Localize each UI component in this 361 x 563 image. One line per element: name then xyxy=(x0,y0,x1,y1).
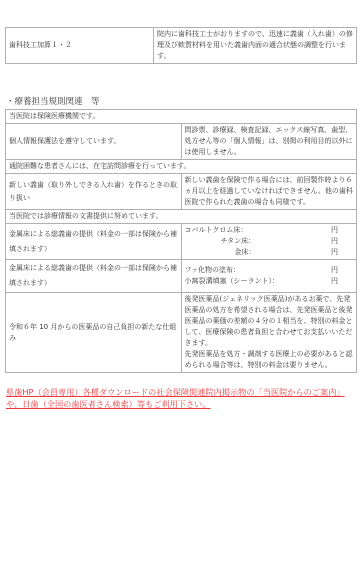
table-row: 新しい義歯（取り外しできる入れ歯）を作るときの取り扱い 新しい義歯を保険で作る場… xyxy=(6,174,357,210)
denture-description-cell: 新しい義歯を保険で作る場合には、前回製作時より６ヵ月以上を経過していなければでき… xyxy=(181,174,357,210)
fee-unit: 円 xyxy=(331,276,353,287)
metal-denture-fees-cell: コバルトクロム床： 円 チタン床： 円 金床： 円 xyxy=(181,224,357,260)
table-row: 当医院では診療情報の文書提供に努めています。 xyxy=(6,210,357,224)
table-row: 当医院は保険医療機関です。 xyxy=(6,110,357,124)
rules-table: 当医院は保険医療機関です。 個人情報保護法を遵守しています。 問診票、診療録、検… xyxy=(5,109,357,373)
section-heading: ・療養担当規則関連 等 xyxy=(6,96,100,108)
insurance-institution-cell: 当医院は保険医療機関です。 xyxy=(6,110,357,124)
fee-name-sealant: 小窩裂溝填塞（シーラント）： xyxy=(185,276,328,287)
table-row: 令和６年 10 月からの医薬品の自己負担の新たな仕組み 後発医薬品(ジェネリック… xyxy=(6,293,357,373)
fluoride-fees-cell: フッ化物の塗布： 円 小窩裂溝填塞（シーラント）： 円 xyxy=(181,260,357,293)
documents-cell: 当医院では診療情報の文書提供に努めています。 xyxy=(6,210,357,224)
fluoride-label-cell: 金属床による総義歯の提供（料金の一部は保険から補填されます） xyxy=(6,260,182,293)
fee-name-titanium: チタン床： xyxy=(185,236,328,247)
generic-drug-description-2: 先発医薬品を処方・調剤する医療上の必要があると認められる場合等は、特別の料金は要… xyxy=(185,349,354,371)
fee-unit: 円 xyxy=(331,247,353,258)
table-row: 金属床による総義歯の提供（料金の一部は保険から補填されます） コバルトクロム床：… xyxy=(6,224,357,260)
home-care-cell: 通院困難な患者さんには、在宅訪問診療を行っています。 xyxy=(6,160,357,174)
generic-drug-label-cell: 令和６年 10 月からの医薬品の自己負担の新たな仕組み xyxy=(6,293,182,373)
fee-name-gold: 金床： xyxy=(185,247,328,258)
resources-link[interactable]: 県歯HP（会員専用）各種ダウンロードの社会保険関連院内掲示物の「当医院からのご案… xyxy=(6,386,356,410)
fee-unit: 円 xyxy=(331,236,353,247)
fee-unit: 円 xyxy=(331,225,353,236)
table-row: 個人情報保護法を遵守しています。 問診票、診療録、検査記録、エックス線写真、歯型… xyxy=(6,124,357,160)
generic-drug-description-cell: 後発医薬品(ジェネリック医薬品)があるお薬で、先発医薬品の処方を希望される場合は… xyxy=(181,293,357,373)
fee-name-fluoride: フッ化物の塗布： xyxy=(185,265,328,276)
technician-fee-table: 歯科技工加算１・２ 院内に歯科技工士がおりますので、迅速に義歯（入れ歯）の修理及… xyxy=(5,27,357,64)
generic-drug-description-1: 後発医薬品(ジェネリック医薬品)があるお薬で、先発医薬品の処方を希望される場合は… xyxy=(185,294,354,349)
fee-description-cell: 院内に歯科技工士がおりますので、迅速に義歯（入れ歯）の修理及び軟質材料を用いた義… xyxy=(154,28,357,64)
fee-unit: 円 xyxy=(331,265,353,276)
table-row: 歯科技工加算１・２ 院内に歯科技工士がおりますので、迅速に義歯（入れ歯）の修理及… xyxy=(6,28,357,64)
fee-label-cell: 歯科技工加算１・２ xyxy=(6,28,154,64)
privacy-description-cell: 問診票、診療録、検査記録、エックス線写真、歯型、処方せん等の「個人情報」は、別掲… xyxy=(181,124,357,160)
metal-denture-label-cell: 金属床による総義歯の提供（料金の一部は保険から補填されます） xyxy=(6,224,182,260)
fee-name-cobalt-chrome: コバルトクロム床： xyxy=(185,225,328,236)
table-row: 金属床による総義歯の提供（料金の一部は保険から補填されます） フッ化物の塗布： … xyxy=(6,260,357,293)
table-row: 通院困難な患者さんには、在宅訪問診療を行っています。 xyxy=(6,160,357,174)
denture-label-cell: 新しい義歯（取り外しできる入れ歯）を作るときの取り扱い xyxy=(6,174,182,210)
privacy-label-cell: 個人情報保護法を遵守しています。 xyxy=(6,124,182,160)
